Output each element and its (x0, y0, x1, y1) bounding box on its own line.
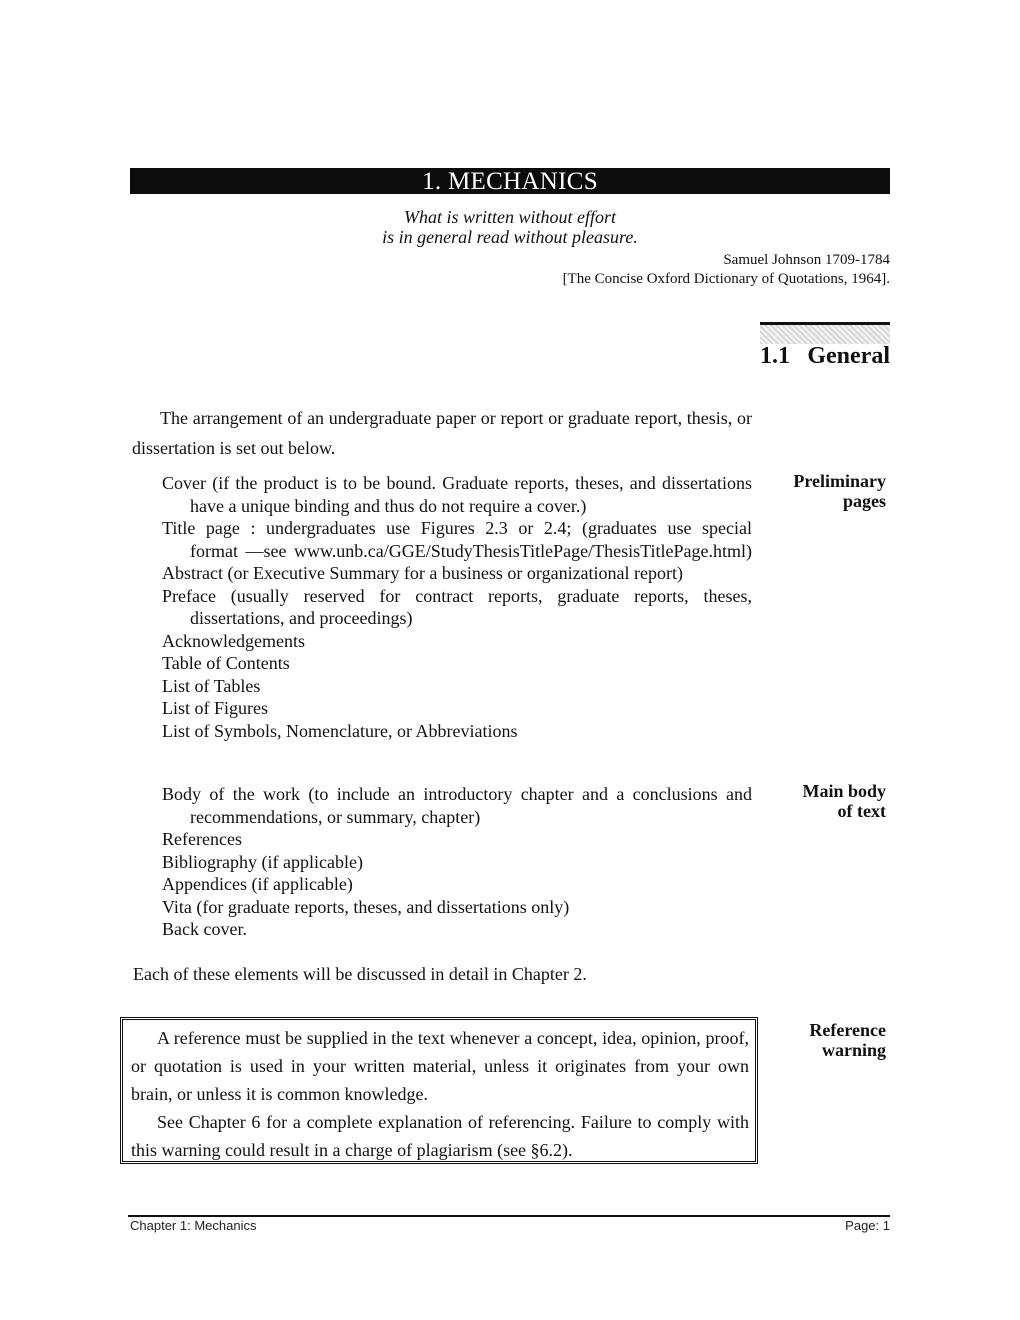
margin-note-main-body: Main body of text (770, 781, 886, 821)
epigraph-author: Samuel Johnson 1709-1784 (723, 251, 890, 269)
footer-chapter: Chapter 1: Mechanics (130, 1218, 256, 1233)
preliminary-list: Cover (if the product is to be bound. Gr… (162, 472, 752, 742)
section-title: General (807, 342, 890, 370)
list-item: Acknowledgements (162, 630, 752, 653)
margin-note-preliminary: Preliminary pages (770, 471, 886, 511)
epigraph-line-2: is in general read without pleasure. (130, 227, 890, 247)
footer-page-number: Page: 1 (845, 1218, 890, 1233)
footer-rule (128, 1215, 890, 1217)
list-item: References (162, 828, 752, 851)
list-item: Cover (if the product is to be bound. Gr… (162, 472, 752, 517)
list-item: Body of the work (to include an introduc… (162, 783, 752, 828)
list-item: Vita (for graduate reports, theses, and … (162, 896, 752, 919)
list-item: Bibliography (if applicable) (162, 851, 752, 874)
epigraph-source: [The Concise Oxford Dictionary of Quotat… (563, 270, 890, 288)
list-item: List of Tables (162, 675, 752, 698)
list-item: List of Symbols, Nomenclature, or Abbrev… (162, 720, 752, 743)
intro-paragraph: The arrangement of an undergraduate pape… (132, 403, 752, 463)
list-item: Preface (usually reserved for contract r… (162, 585, 752, 630)
epigraph-line-1: What is written without effort (130, 207, 890, 227)
chapter-title: 1. MECHANICS (422, 168, 598, 195)
chapter-title-bar: 1. MECHANICS (130, 168, 890, 194)
reference-warning-box: A reference must be supplied in the text… (120, 1017, 758, 1164)
warning-paragraph-2: See Chapter 6 for a complete explanation… (131, 1108, 749, 1164)
list-item: Title page : undergraduates use Figures … (162, 517, 752, 562)
margin-note-reference-warning: Reference warning (770, 1020, 886, 1060)
section-number: 1.1 (760, 342, 790, 370)
closing-sentence: Each of these elements will be discussed… (133, 963, 587, 985)
list-item: Table of Contents (162, 652, 752, 675)
warning-paragraph-1: A reference must be supplied in the text… (131, 1024, 749, 1108)
list-item: Back cover. (162, 918, 752, 941)
list-item: List of Figures (162, 697, 752, 720)
list-item: Abstract (or Executive Summary for a bus… (162, 562, 752, 585)
list-item: Appendices (if applicable) (162, 873, 752, 896)
main-body-list: Body of the work (to include an introduc… (162, 783, 752, 941)
